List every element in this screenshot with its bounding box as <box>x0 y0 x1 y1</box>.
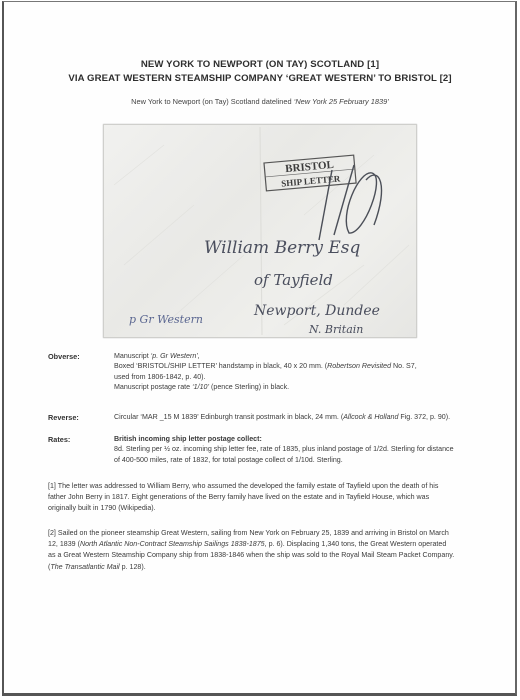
footnote-1-line1: [1] The letter was addressed to William … <box>48 481 478 492</box>
subtitle-dateline: ‘New York 25 February 1839’ <box>294 97 389 106</box>
svg-text:SHIP LETTER: SHIP LETTER <box>281 173 341 188</box>
footnote-2-line3: as a Great Western Steamship Company shi… <box>48 550 478 561</box>
cover-drawing: BRISTOL SHIP LETTER William Berry Esq of… <box>104 125 416 337</box>
svg-text:N. Britain: N. Britain <box>308 323 363 336</box>
page-title-line2: VIA GREAT WESTERN STEAMSHIP COMPANY ‘GRE… <box>0 73 520 84</box>
obverse-line1: Manuscript <box>114 352 151 360</box>
svg-text:BRISTOL: BRISTOL <box>285 159 335 175</box>
rates-heading: British incoming ship letter postage col… <box>114 435 262 443</box>
footnote-2-line2: 12, 1839 ( <box>48 540 80 548</box>
obverse-line3: used from 1806-1842, p. 40). <box>114 372 484 382</box>
reverse-text: Circular ‘MAR _15 M 1839’ Edinburgh tran… <box>114 412 484 422</box>
rates-label: Rates: <box>48 435 70 444</box>
footnote-2-line1: [2] Sailed on the pioneer steamship Grea… <box>48 528 478 539</box>
obverse-line2: Boxed ‘BRISTOL/SHIP LETTER’ handstamp in… <box>114 362 327 370</box>
footnote-1-line2: father John Berry in 1817. Eight generat… <box>48 492 478 503</box>
cover-image: BRISTOL SHIP LETTER William Berry Esq of… <box>103 124 417 338</box>
reverse-line: Circular ‘MAR _15 M 1839’ Edinburgh tran… <box>114 413 343 421</box>
subtitle-text: New York to Newport (on Tay) Scotland da… <box>131 97 294 106</box>
footnote-2: [2] Sailed on the pioneer steamship Grea… <box>48 528 478 573</box>
footnote-1: [1] The letter was addressed to William … <box>48 481 478 515</box>
svg-text:William Berry Esq: William Berry Esq <box>204 238 361 258</box>
svg-text:of Tayfield: of Tayfield <box>254 271 333 289</box>
reverse-label: Reverse: <box>48 413 79 422</box>
reverse-italic: Allcock & Holland <box>343 413 398 421</box>
svg-text:p Gr Western: p Gr Western <box>129 313 203 326</box>
obverse-line4-italic: ‘1/10’ <box>192 383 209 391</box>
reverse-suffix: Fig. 372, p. 90). <box>398 413 450 421</box>
rates-text: British incoming ship letter postage col… <box>114 434 484 465</box>
footnote-2-line2-suffix: , p. 6). Displacing 1,340 tons, the Grea… <box>265 540 447 548</box>
bristol-ship-letter-handstamp: BRISTOL SHIP LETTER <box>264 155 356 191</box>
svg-text:Newport, Dundee: Newport, Dundee <box>253 303 380 319</box>
footnote-1-line3: originally built in 1790 (Wikipedia). <box>48 503 478 514</box>
footnote-2-source: North Atlantic Non-Contract Steamship Sa… <box>80 540 265 548</box>
rates-line1: 8d. Sterling per ½ oz. incoming ship let… <box>114 444 484 454</box>
page-subtitle: New York to Newport (on Tay) Scotland da… <box>0 97 520 106</box>
rates-line2: of 400-500 miles, rate of 1832, for tota… <box>114 455 484 465</box>
obverse-line2-suffix: No. S7, <box>391 362 417 370</box>
footnote-2-line4-suffix: p. 128). <box>120 563 146 571</box>
obverse-line4-suffix: (pence Sterling) in black. <box>209 383 289 391</box>
page-title-line1: NEW YORK TO NEWPORT (ON TAY) SCOTLAND [1… <box>0 59 520 70</box>
footnote-2-source2: The Transatlantic Mail <box>50 563 119 571</box>
obverse-label: Obverse: <box>48 352 80 361</box>
obverse-line1-italic: ‘p. Gr Western’, <box>151 352 200 360</box>
obverse-line4: Manuscript postage rate <box>114 383 192 391</box>
obverse-text: Manuscript ‘p. Gr Western’, Boxed ‘BRIST… <box>114 351 484 393</box>
obverse-line2-italic: Robertson Revisited <box>327 362 391 370</box>
